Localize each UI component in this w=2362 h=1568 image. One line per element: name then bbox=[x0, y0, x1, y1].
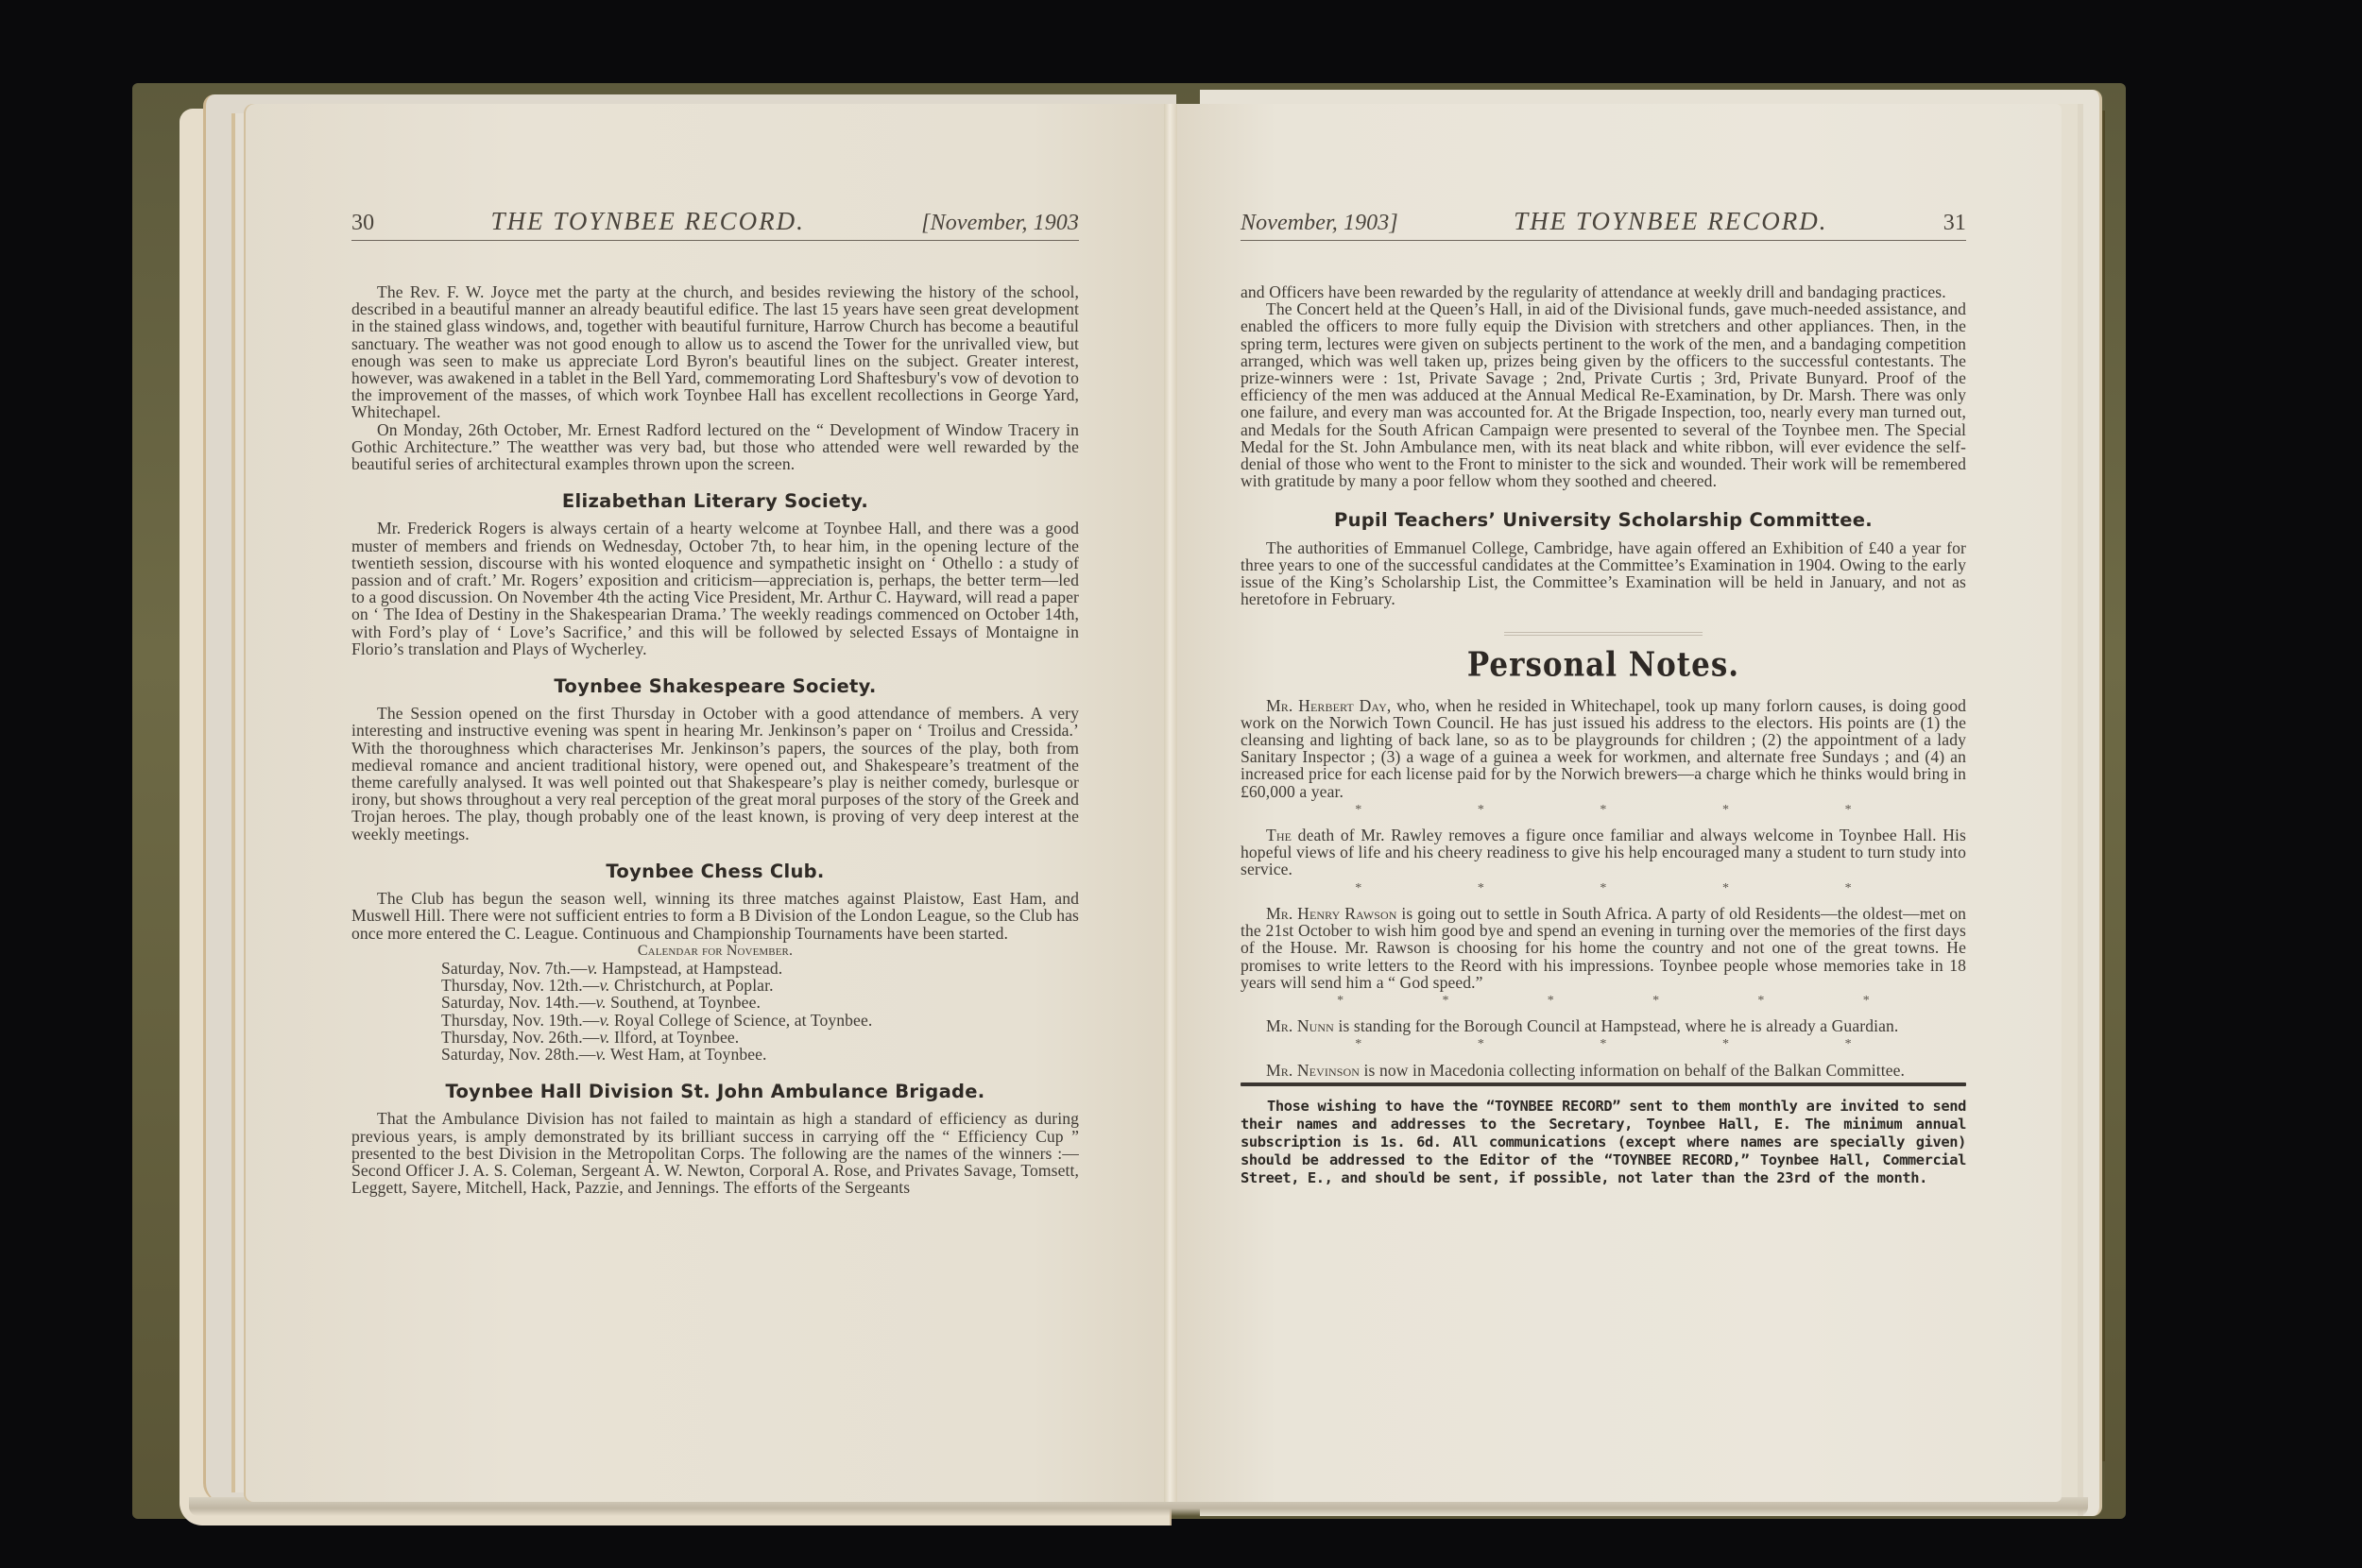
paragraph: The authorities of Emmanuel College, Cam… bbox=[1241, 539, 1966, 608]
section-heading: Toynbee Hall Division St. John Ambulance… bbox=[351, 1083, 1079, 1100]
personal-note: Mr. Nunn is standing for the Borough Cou… bbox=[1241, 1017, 1966, 1034]
paragraph: and Officers have been rewarded by the r… bbox=[1241, 283, 1966, 300]
issue-date: November, 1903] bbox=[1241, 214, 1398, 231]
running-head-right: November, 1903] THE TOYNBEE RECORD. 31 bbox=[1241, 213, 1966, 241]
left-page-column: 30 THE TOYNBEE RECORD. [November, 1903 T… bbox=[351, 213, 1079, 1196]
paragraph: On Monday, 26th October, Mr. Ernest Radf… bbox=[351, 421, 1079, 473]
page-number: 30 bbox=[351, 214, 374, 231]
personal-note: Mr. Henry Rawson is going out to settle … bbox=[1241, 905, 1966, 991]
section-heading: Pupil Teachers’ University Scholarship C… bbox=[1241, 512, 1966, 529]
star-separator: ****** bbox=[1241, 993, 1966, 1010]
personal-note: Mr. Herbert Day, who, when he resided in… bbox=[1241, 697, 1966, 800]
issue-date: [November, 1903 bbox=[921, 214, 1079, 231]
calendar-entry: Thursday, Nov. 12th.—v. Christchurch, at… bbox=[441, 977, 1079, 994]
chess-calendar: Saturday, Nov. 7th.—v. Hampstead, at Ham… bbox=[441, 960, 1079, 1063]
book-gutter bbox=[1164, 104, 1177, 1502]
notice-rule bbox=[1241, 1082, 1966, 1086]
paragraph: The Concert held at the Queen’s Hall, in… bbox=[1241, 300, 1966, 489]
star-separator: ***** bbox=[1241, 802, 1966, 819]
section-heading: Elizabethan Literary Society. bbox=[351, 493, 1079, 510]
paragraph: That the Ambulance Division has not fail… bbox=[351, 1110, 1079, 1196]
star-separator: ***** bbox=[1241, 1036, 1966, 1053]
calendar-entry: Saturday, Nov. 28th.—v. West Ham, at Toy… bbox=[441, 1046, 1079, 1063]
personal-notes-heading: Personal Notes. bbox=[1241, 656, 1966, 675]
calendar-title: Calendar for November. bbox=[351, 943, 1079, 960]
star-separator: ***** bbox=[1241, 880, 1966, 897]
journal-title: THE TOYNBEE RECORD. bbox=[491, 213, 805, 230]
paragraph: The Session opened on the first Thursday… bbox=[351, 705, 1079, 843]
subscription-notice-text: Those wishing to have the “TOYNBEE RECOR… bbox=[1241, 1098, 1966, 1187]
right-page-column: November, 1903] THE TOYNBEE RECORD. 31 a… bbox=[1241, 213, 1966, 1187]
page-number: 31 bbox=[1943, 214, 1966, 231]
calendar-entry: Thursday, Nov. 26th.—v. Ilford, at Toynb… bbox=[441, 1029, 1079, 1046]
subscription-notice: Those wishing to have the “TOYNBEE RECOR… bbox=[1241, 1098, 1966, 1187]
section-divider bbox=[1504, 632, 1703, 636]
paragraph: Mr. Frederick Rogers is always certain o… bbox=[351, 520, 1079, 657]
calendar-entry: Thursday, Nov. 19th.—v. Royal College of… bbox=[441, 1012, 1079, 1029]
section-heading: Toynbee Chess Club. bbox=[351, 863, 1079, 880]
paragraph: The Rev. F. W. Joyce met the party at th… bbox=[351, 283, 1079, 421]
journal-title: THE TOYNBEE RECORD. bbox=[1514, 213, 1827, 230]
paragraph: The Club has begun the season well, winn… bbox=[351, 890, 1079, 942]
personal-note: Mr. Nevinson is now in Macedonia collect… bbox=[1241, 1062, 1966, 1079]
section-heading: Toynbee Shakespeare Society. bbox=[351, 678, 1079, 695]
calendar-entry: Saturday, Nov. 14th.—v. Southend, at Toy… bbox=[441, 994, 1079, 1011]
personal-note: The death of Mr. Rawley removes a figure… bbox=[1241, 827, 1966, 878]
calendar-entry: Saturday, Nov. 7th.—v. Hampstead, at Ham… bbox=[441, 960, 1079, 977]
running-head-left: 30 THE TOYNBEE RECORD. [November, 1903 bbox=[351, 213, 1079, 241]
